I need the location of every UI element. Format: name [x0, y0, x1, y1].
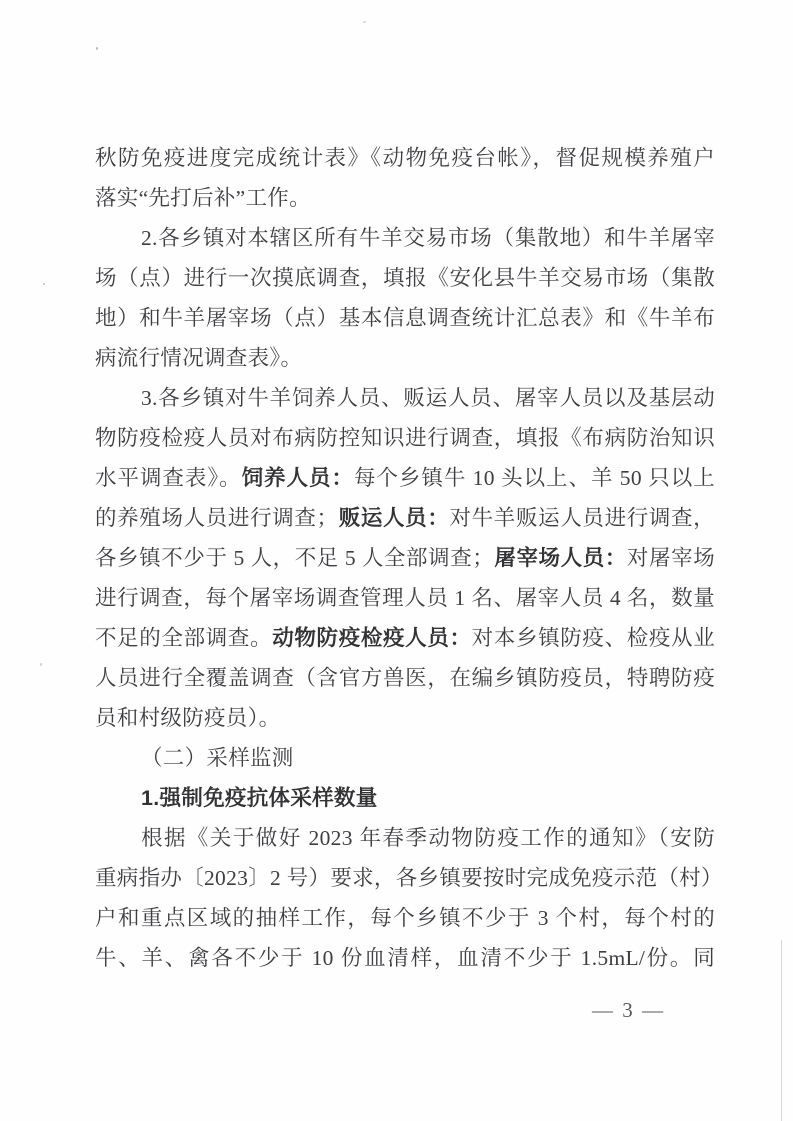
body-text: 根据《关于做好 2023 年春季动物防疫工作的通知》（安防 — [141, 826, 715, 850]
text-line: 秋防免疫进度完成统计表》《动物免疫台帐》，督促规模养殖户 — [95, 138, 715, 178]
body-text: 每个乡镇牛 10 头以上、羊 50 只以上 — [354, 466, 715, 490]
text-line: 进行调查，每个屠宰场调查管理人员 1 名、屠宰人员 4 名，数量 — [95, 578, 715, 618]
body-text: 的养殖场人员进行调查； — [95, 506, 338, 530]
text-line: （二）采样监测 — [95, 738, 715, 778]
scan-speck — [96, 47, 98, 50]
text-line: 户和重点区域的抽样工作，每个乡镇不少于 3 个村，每个村的猪、 — [95, 898, 715, 938]
scan-speck — [363, 21, 366, 23]
body-text: 员和村级防疫员）。 — [95, 706, 280, 730]
body-text: 水平调查表》。 — [95, 466, 242, 490]
text-line: 重病指办〔2023〕2 号）要求，各乡镇要按时完成免疫示范（村） — [95, 858, 715, 898]
page-number: — 3 — — [592, 995, 665, 1025]
emphasis-text: 屠宰场人员： — [494, 546, 627, 570]
text-line: 员和村级防疫员）。 — [95, 698, 715, 738]
body-text: （二）采样监测 — [141, 746, 294, 770]
body-text: 2.各乡镇对本辖区所有牛羊交易市场（集散地）和牛羊屠宰 — [141, 226, 715, 250]
emphasis-text: 饲养人员： — [242, 466, 354, 490]
text-line: 不足的全部调查。动物防疫检疫人员：对本乡镇防疫、检疫从业 — [95, 618, 715, 658]
text-line: 根据《关于做好 2023 年春季动物防疫工作的通知》（安防 — [95, 818, 715, 858]
text-line: 牛、羊、禽各不少于 10 份血清样，血清不少于 1.5mL/份。同时， — [95, 938, 715, 978]
emphasis-text: 动物防疫检疫人员： — [272, 626, 471, 650]
text-line: 各乡镇不少于 5 人，不足 5 人全部调查；屠宰场人员：对屠宰场 — [95, 538, 715, 578]
body-text: 落实“先打后补”工作。 — [95, 186, 311, 210]
body-text: 秋防免疫进度完成统计表》《动物免疫台帐》，督促规模养殖户 — [95, 146, 715, 170]
emphasis-text: 1.强制免疫抗体采样数量 — [141, 786, 378, 810]
body-text: 物防疫检疫人员对布病防控知识进行调查，填报《布病防治知识 — [95, 426, 715, 450]
text-line: 人员进行全覆盖调查（含官方兽医，在编乡镇防疫员，特聘防疫 — [95, 658, 715, 698]
body-text: 重病指办〔2023〕2 号）要求，各乡镇要按时完成免疫示范（村） — [95, 866, 715, 890]
body-text: 进行调查，每个屠宰场调查管理人员 1 名、屠宰人员 4 名，数量 — [95, 586, 715, 610]
text-line: 场（点）进行一次摸底调查，填报《安化县牛羊交易市场（集散 — [95, 258, 715, 298]
text-line: 落实“先打后补”工作。 — [95, 178, 715, 218]
body-text: 对本乡镇防疫、检疫从业 — [472, 626, 715, 650]
text-line: 3.各乡镇对牛羊饲养人员、贩运人员、屠宰人员以及基层动 — [95, 378, 715, 418]
document-page: 秋防免疫进度完成统计表》《动物免疫台帐》，督促规模养殖户落实“先打后补”工作。2… — [0, 0, 793, 1121]
text-line: 物防疫检疫人员对布病防控知识进行调查，填报《布病防治知识 — [95, 418, 715, 458]
body-text: 对牛羊贩运人员进行调查， — [449, 506, 715, 530]
body-text: 人员进行全覆盖调查（含官方兽医，在编乡镇防疫员，特聘防疫 — [95, 666, 715, 690]
body-text: 病流行情况调查表》。 — [95, 346, 302, 370]
scan-speck — [43, 283, 45, 285]
emphasis-text: 贩运人员： — [338, 506, 449, 530]
scan-speck — [40, 663, 42, 666]
document-body: 秋防免疫进度完成统计表》《动物免疫台帐》，督促规模养殖户落实“先打后补”工作。2… — [95, 138, 715, 978]
body-text: 3.各乡镇对牛羊饲养人员、贩运人员、屠宰人员以及基层动 — [141, 386, 715, 410]
text-line: 病流行情况调查表》。 — [95, 338, 715, 378]
body-text: 地）和牛羊屠宰场（点）基本信息调查统计汇总表》和《牛羊布 — [95, 306, 715, 330]
body-text: 牛、羊、禽各不少于 10 份血清样，血清不少于 1.5mL/份。同时， — [95, 946, 715, 978]
text-line: 2.各乡镇对本辖区所有牛羊交易市场（集散地）和牛羊屠宰 — [95, 218, 715, 258]
text-line: 的养殖场人员进行调查；贩运人员：对牛羊贩运人员进行调查， — [95, 498, 715, 538]
body-text: 场（点）进行一次摸底调查，填报《安化县牛羊交易市场（集散 — [95, 266, 715, 290]
scan-edge-artifact — [781, 940, 782, 1121]
body-text: 对屠宰场 — [627, 546, 715, 570]
body-text: 各乡镇不少于 5 人，不足 5 人全部调查； — [95, 546, 494, 570]
text-line: 1.强制免疫抗体采样数量 — [95, 778, 715, 818]
text-line: 地）和牛羊屠宰场（点）基本信息调查统计汇总表》和《牛羊布 — [95, 298, 715, 338]
text-line: 水平调查表》。饲养人员：每个乡镇牛 10 头以上、羊 50 只以上 — [95, 458, 715, 498]
body-text: 户和重点区域的抽样工作，每个乡镇不少于 3 个村，每个村的猪、 — [95, 906, 715, 938]
body-text: 不足的全部调查。 — [95, 626, 272, 650]
